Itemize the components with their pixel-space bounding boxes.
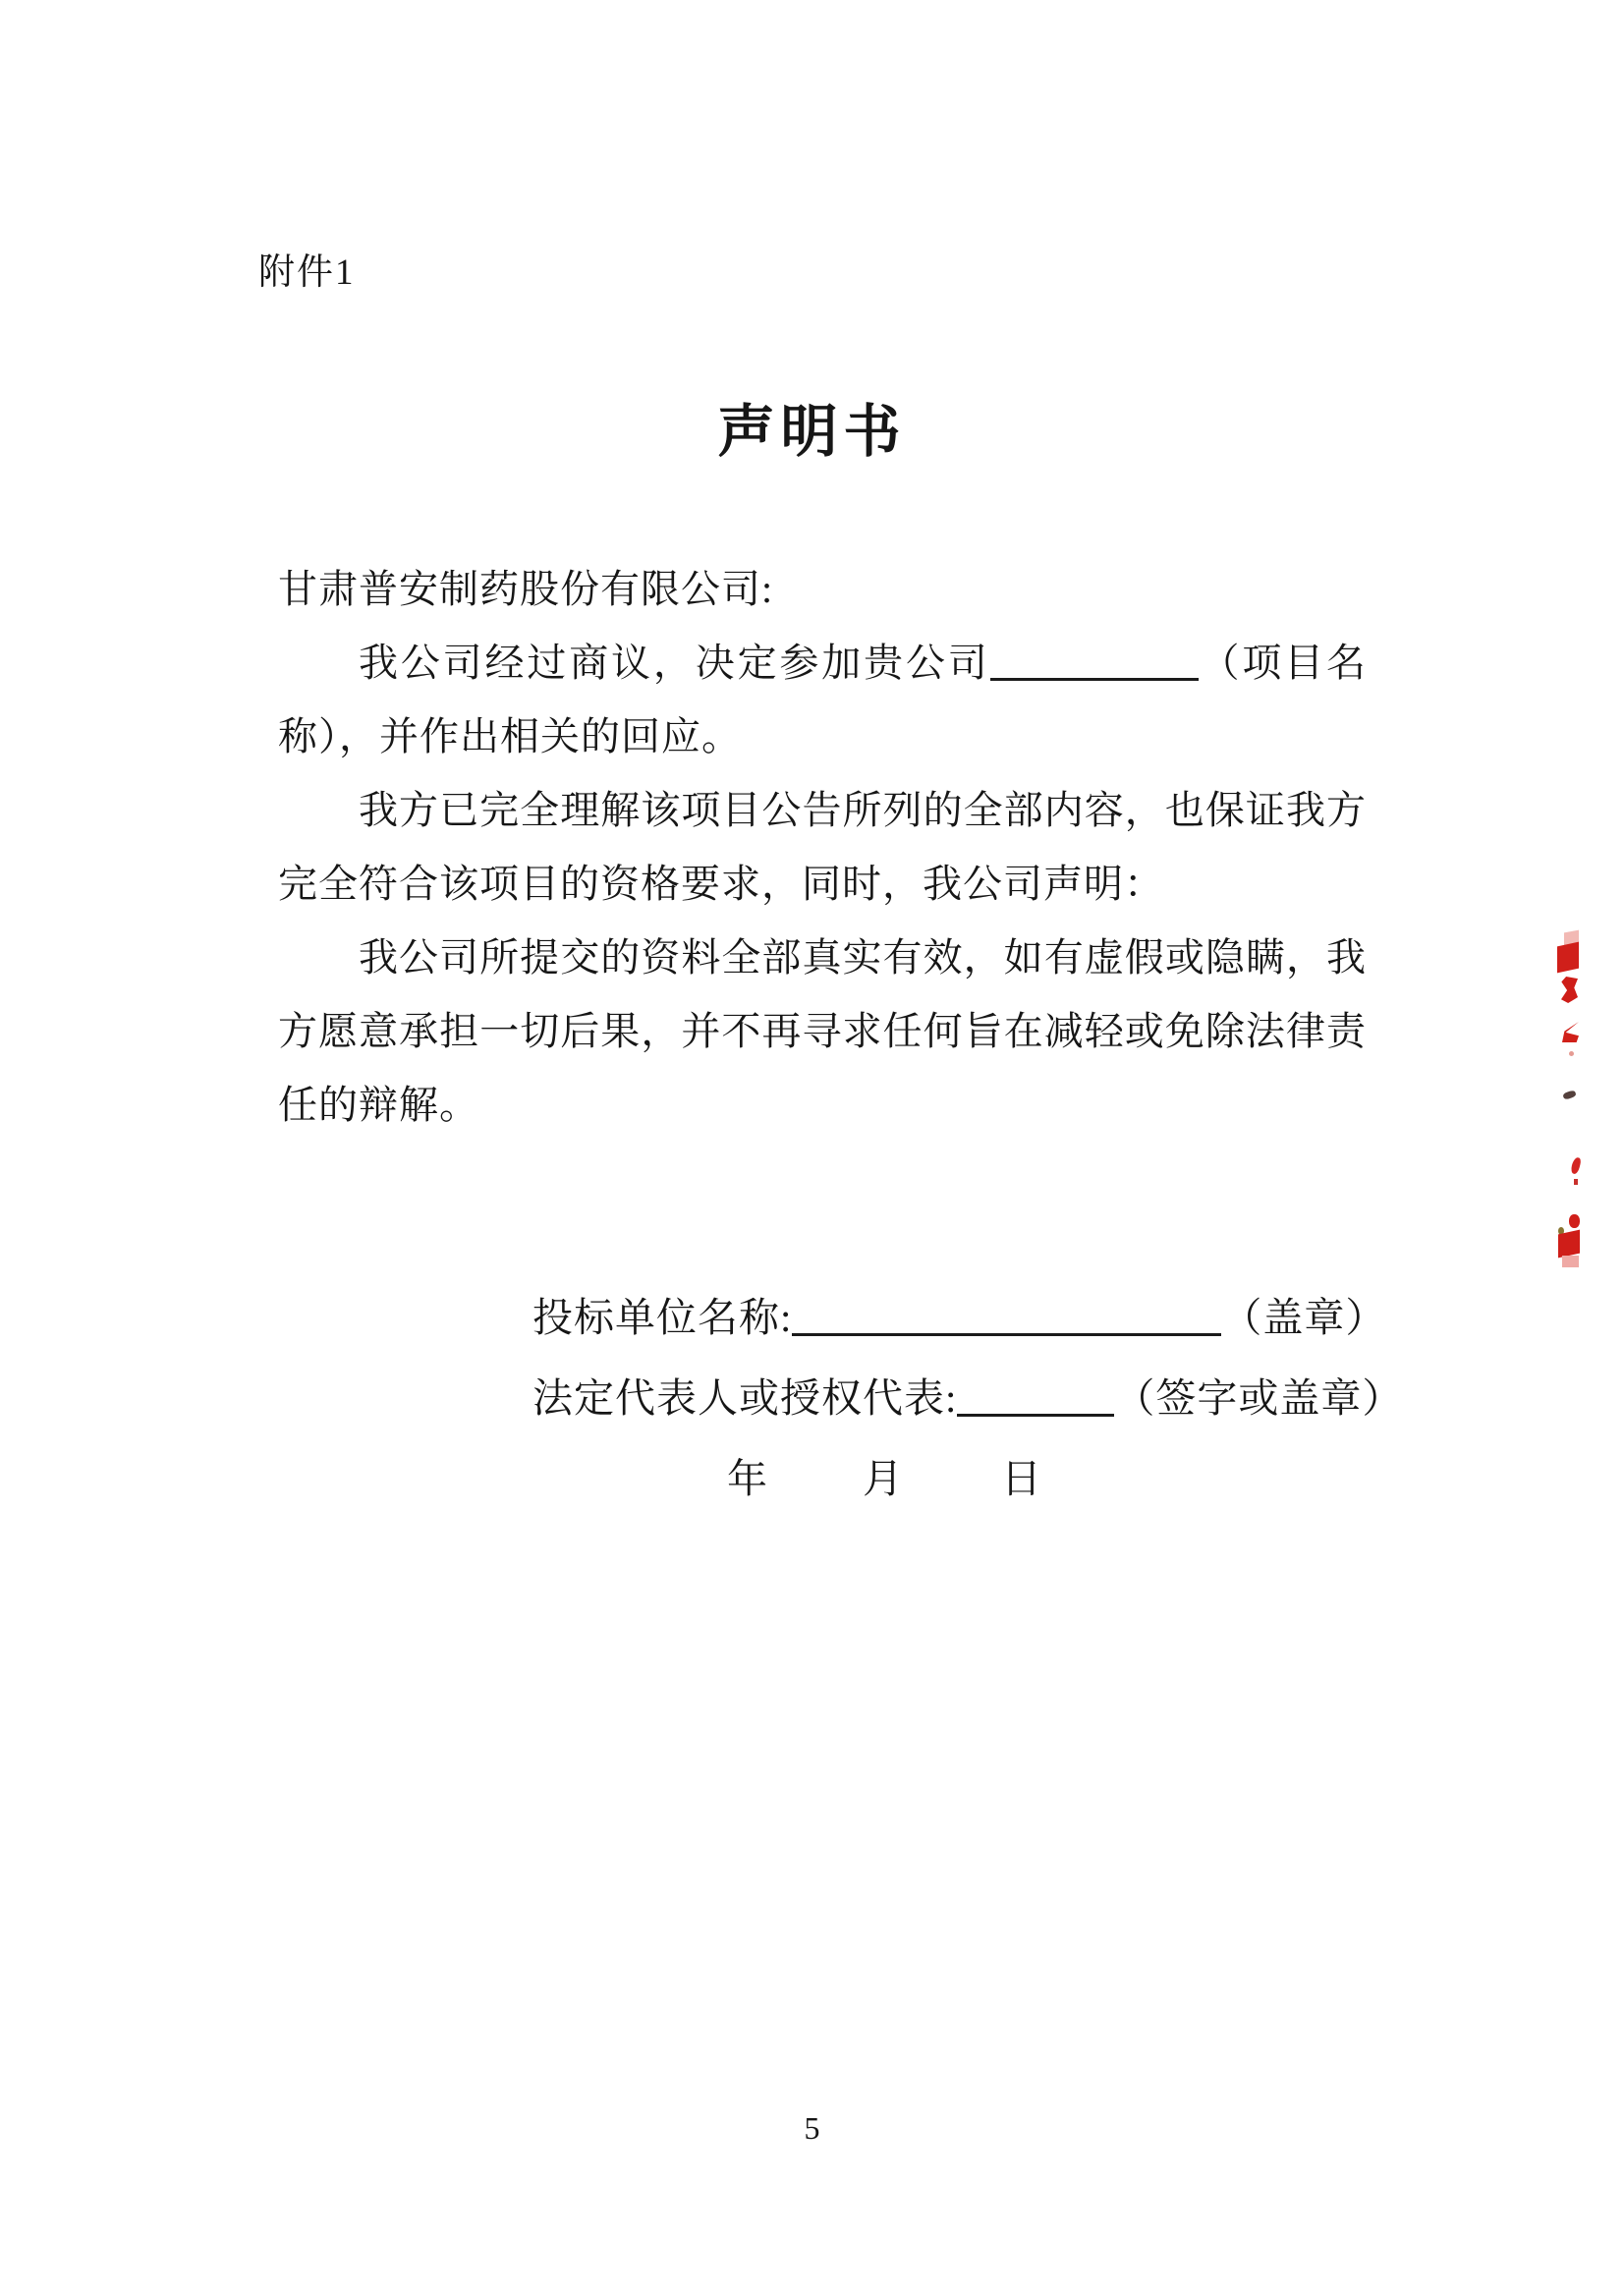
signature-block: 投标单位名称:（盖章） 法定代表人或授权代表:（签字或盖章） 年月日 bbox=[532, 1277, 1403, 1519]
document-title: 声明书 bbox=[0, 385, 1624, 468]
representative-stamp-note: （签字或盖章） bbox=[1114, 1375, 1403, 1421]
bidder-name-blank-line bbox=[792, 1323, 1221, 1336]
paragraph-understanding: 我方已完全理解该项目公告所列的全部内容，也保证我方完全符合该项目的资格要求，同时… bbox=[278, 773, 1367, 921]
representative-label: 法定代表人或授权代表: bbox=[532, 1375, 957, 1421]
seal-fragment-icon bbox=[1558, 1230, 1580, 1259]
seal-fragment-icon bbox=[1562, 1090, 1577, 1100]
representative-blank-line bbox=[957, 1404, 1114, 1417]
paragraph-project-text-before: 我公司经过商议，决定参加贵公司 bbox=[359, 641, 990, 685]
seal-fragment-icon bbox=[1562, 1022, 1579, 1042]
seal-fragment-icon bbox=[1562, 1256, 1579, 1267]
scanned-document-page: 附件1 声明书 甘肃普安制药股份有限公司: 我公司经过商议，决定参加贵公司（项目… bbox=[0, 0, 1624, 2295]
date-line: 年月日 bbox=[532, 1438, 1403, 1519]
page-number: 5 bbox=[0, 2110, 1624, 2147]
seal-fragment-icon bbox=[1570, 1156, 1582, 1174]
paragraph-liability: 我公司所提交的资料全部真实有效，如有虚假或隐瞒，我方愿意承担一切后果，并不再寻求… bbox=[278, 921, 1367, 1142]
bidder-name-label: 投标单位名称: bbox=[532, 1295, 792, 1340]
paragraph-project: 我公司经过商议，决定参加贵公司（项目名称），并作出相关的回应。 bbox=[278, 626, 1367, 773]
document-body: 甘肃普安制药股份有限公司: 我公司经过商议，决定参加贵公司（项目名称），并作出相… bbox=[278, 552, 1367, 1142]
salutation-line: 甘肃普安制药股份有限公司: bbox=[278, 552, 1367, 626]
seal-fragment-icon bbox=[1574, 1179, 1578, 1185]
seal-fragment-icon bbox=[1569, 1214, 1580, 1228]
attachment-label: 附件1 bbox=[258, 242, 356, 295]
month-label: 月 bbox=[863, 1456, 904, 1501]
bidder-stamp-note: （盖章） bbox=[1221, 1295, 1386, 1340]
seal-fragment-icon bbox=[1557, 942, 1579, 974]
year-label: 年 bbox=[727, 1456, 768, 1501]
day-label: 日 bbox=[1001, 1456, 1042, 1501]
seal-fragment-icon bbox=[1569, 1051, 1574, 1056]
representative-line: 法定代表人或授权代表:（签字或盖章） bbox=[532, 1358, 1403, 1438]
project-name-blank-line bbox=[990, 668, 1199, 681]
bidder-name-line: 投标单位名称:（盖章） bbox=[532, 1277, 1403, 1358]
seal-fragment-icon bbox=[1561, 977, 1578, 1003]
